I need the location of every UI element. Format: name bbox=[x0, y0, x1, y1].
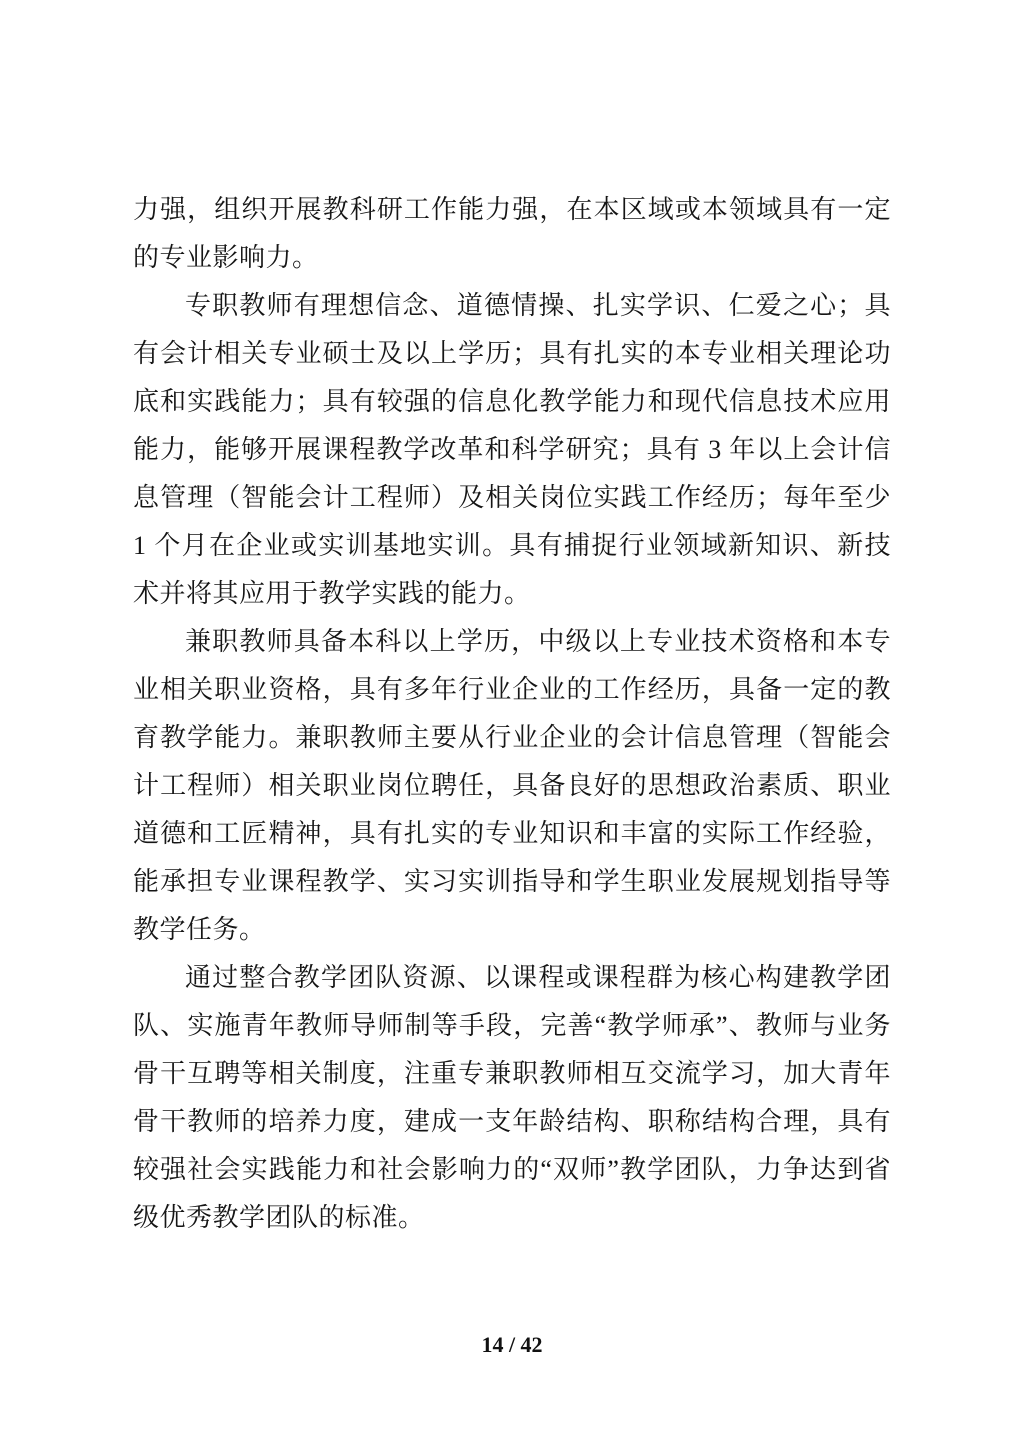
paragraph-fulltime-teachers: 专职教师有理想信念、道德情操、扎实学识、仁爱之心；具有会计相关专业硕士及以上学历… bbox=[133, 282, 891, 618]
paragraph-teaching-team: 通过整合教学团队资源、以课程或课程群为核心构建教学团队、实施青年教师导师制等手段… bbox=[133, 954, 891, 1242]
paragraph-continuation: 力强，组织开展教科研工作能力强，在本区域或本领域具有一定的专业影响力。 bbox=[133, 186, 891, 282]
document-page: 力强，组织开展教科研工作能力强，在本区域或本领域具有一定的专业影响力。 专职教师… bbox=[0, 0, 1024, 1448]
paragraph-parttime-teachers: 兼职教师具备本科以上学历，中级以上专业技术资格和本专业相关职业资格，具有多年行业… bbox=[133, 618, 891, 954]
page-number: 14 / 42 bbox=[0, 1332, 1024, 1358]
page-body: 力强，组织开展教科研工作能力强，在本区域或本领域具有一定的专业影响力。 专职教师… bbox=[133, 186, 891, 1242]
